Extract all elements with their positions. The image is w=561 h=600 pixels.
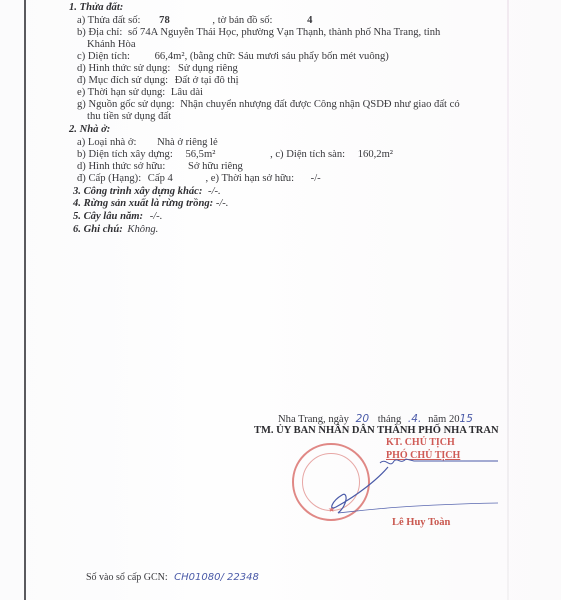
registry-value: CH01080/ 22348 xyxy=(174,572,259,583)
house-type-row: a) Loại nhà ở: Nhà ở riêng lẻ xyxy=(77,137,218,149)
use-form-value: Sử dụng riêng xyxy=(178,63,238,74)
term-label: e) Thời hạn sử dụng: xyxy=(77,87,165,98)
grade-row: đ) Cấp (Hạng): Cấp 4 , e) Thời hạn sở hữ… xyxy=(77,173,321,185)
map-sheet-label: , tờ bản đồ số: xyxy=(212,15,272,26)
address-label: b) Địa chỉ: xyxy=(77,27,122,38)
other-works-value: -/-. xyxy=(208,186,221,197)
origin-row: g) Nguồn gốc sử dụng: Nhận chuyển nhượng… xyxy=(77,99,460,111)
area-value: 66,4m², (bằng chữ: Sáu mươi sáu phẩy bốn… xyxy=(155,51,389,62)
use-form-row: d) Hình thức sử dụng: Sử dụng riêng xyxy=(77,63,238,75)
authority-title: TM. ỦY BAN NHÂN DÂN THÀNH PHỐ NHA TRAN xyxy=(254,425,499,437)
grade-value: Cấp 4 xyxy=(148,173,173,184)
date-day: 20 xyxy=(356,413,369,425)
perennial-row: 5. Cây lâu năm: -/-. xyxy=(73,211,162,223)
ownership-row: d) Hình thức sở hữu: Sở hữu riêng xyxy=(77,161,243,173)
section-land-title: 1. Thửa đất: xyxy=(69,2,123,14)
note-title: 6. Ghi chú: xyxy=(73,224,123,235)
place-date-prefix: Nha Trang, ngày xyxy=(278,414,349,425)
floor-area-label: , c) Diện tích sàn: xyxy=(270,149,345,160)
house-type-label: a) Loại nhà ở: xyxy=(77,137,136,148)
perennial-title: 5. Cây lâu năm: xyxy=(73,211,143,222)
own-term-label: , e) Thời hạn sở hữu: xyxy=(205,173,294,184)
date-month: .4. xyxy=(408,413,421,425)
month-label: tháng xyxy=(378,414,402,425)
address-value-line1: số 74A Nguyễn Thái Học, phường Vạn Thạnh… xyxy=(128,27,440,38)
build-area-row: b) Diện tích xây dựng: 56,5m² , c) Diện … xyxy=(77,149,393,161)
origin-label: g) Nguồn gốc sử dụng: xyxy=(77,99,175,110)
term-value: Lâu dài xyxy=(171,87,203,98)
address-row: b) Địa chỉ: số 74A Nguyễn Thái Học, phườ… xyxy=(77,27,440,39)
left-border-rule xyxy=(24,0,26,600)
note-value: Không. xyxy=(127,224,158,235)
registry-label: Số vào sổ cấp GCN: xyxy=(86,572,168,583)
perennial-value: -/-. xyxy=(150,211,163,222)
parcel-number-row: a) Thửa đất số: 78 , tờ bản đồ số: 4 xyxy=(77,15,312,27)
grade-label: đ) Cấp (Hạng): xyxy=(77,173,141,184)
address-value-line2: Khánh Hòa xyxy=(87,39,136,51)
page-fold-line xyxy=(507,0,509,600)
registry-row: Số vào sổ cấp GCN: CH01080/ 22348 xyxy=(86,572,259,584)
parcel-label: a) Thửa đất số: xyxy=(77,15,141,26)
year-label: năm 20 xyxy=(428,414,459,425)
purpose-label: đ) Mục đích sử dụng: xyxy=(77,75,168,86)
forest-value: -/-. xyxy=(216,198,229,209)
other-works-row: 3. Công trình xây dựng khác: -/-. xyxy=(73,186,221,198)
use-form-label: d) Hình thức sử dụng: xyxy=(77,63,170,74)
forest-title: 4. Rừng sản xuất là rừng trồng: xyxy=(73,198,213,209)
purpose-value: Đất ở tại đô thị xyxy=(175,75,239,86)
certificate-page: 1. Thửa đất: a) Thửa đất số: 78 , tờ bản… xyxy=(0,0,561,600)
purpose-row: đ) Mục đích sử dụng: Đất ở tại đô thị xyxy=(77,75,239,87)
role-deputy: KT. CHỦ TỊCH xyxy=(386,437,455,449)
ownership-label: d) Hình thức sở hữu: xyxy=(77,161,165,172)
area-row: c) Diện tích: 66,4m², (bằng chữ: Sáu mươ… xyxy=(77,51,389,63)
floor-area-value: 160,2m² xyxy=(358,149,393,160)
origin-value-line2: thu tiền sử dụng đất xyxy=(87,111,171,123)
house-type-value: Nhà ở riêng lẻ xyxy=(157,137,218,148)
own-term-value: -/- xyxy=(311,173,321,184)
area-label: c) Diện tích: xyxy=(77,51,130,62)
forest-row: 4. Rừng sản xuất là rừng trồng: -/-. xyxy=(73,198,228,210)
origin-value-line1: Nhận chuyển nhượng đất được Công nhận QS… xyxy=(180,99,459,110)
map-sheet-value: 4 xyxy=(307,15,312,26)
term-row: e) Thời hạn sử dụng: Lâu dài xyxy=(77,87,203,99)
ownership-value: Sở hữu riêng xyxy=(188,161,243,172)
other-works-title: 3. Công trình xây dựng khác: xyxy=(73,186,202,197)
section-house-title: 2. Nhà ở: xyxy=(69,124,110,136)
signature-scribble xyxy=(318,455,498,525)
parcel-value: 78 xyxy=(159,15,170,26)
date-year-suffix: 15 xyxy=(460,413,473,425)
build-area-label: b) Diện tích xây dựng: xyxy=(77,149,173,160)
signer-name: Lê Huy Toàn xyxy=(392,517,450,528)
build-area-value: 56,5m² xyxy=(185,149,215,160)
note-row: 6. Ghi chú: Không. xyxy=(73,224,158,236)
